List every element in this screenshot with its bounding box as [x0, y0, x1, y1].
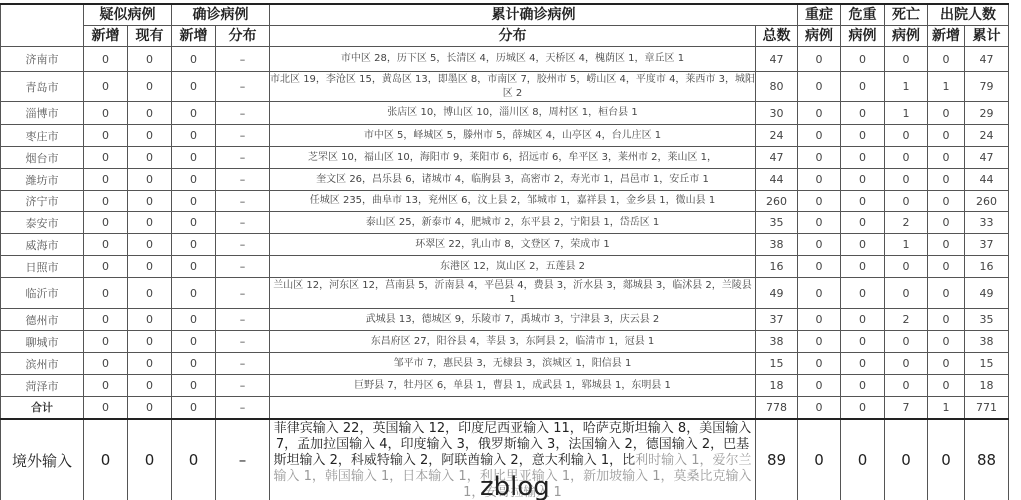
cell-critical: 0: [841, 419, 885, 500]
cell-conf-new: 0: [172, 331, 216, 353]
table-row: 济宁市000–任城区 235，曲阜市 13，兖州区 6，汶上县 2，邹城市 1，…: [1, 191, 1009, 212]
city-name: 淄博市: [1, 102, 84, 125]
cell-death: 0: [885, 125, 928, 147]
city-name: 泰安市: [1, 212, 84, 234]
city-name: 烟台市: [1, 147, 84, 169]
cell-critical: 0: [841, 191, 885, 212]
cell-susp-new: 0: [84, 397, 128, 419]
distribution-cell: 任城区 235，曲阜市 13，兖州区 6，汶上县 2，邹城市 1，嘉祥县 1，金…: [270, 191, 756, 212]
cell-dis-new: 0: [928, 147, 965, 169]
header-discharged: 出院人数: [928, 4, 1009, 26]
city-name: 菏泽市: [1, 375, 84, 397]
cell-conf-new: 0: [172, 147, 216, 169]
cell-susp-cur: 0: [128, 72, 172, 102]
city-name: 日照市: [1, 256, 84, 278]
cell-critical: 0: [841, 353, 885, 375]
cell-dis-cum: 771: [965, 397, 1009, 419]
header-cum-total: 总数: [756, 26, 798, 47]
cell-dis-cum: 15: [965, 353, 1009, 375]
table-row: 泰安市000–泰山区 25，新泰市 4，肥城市 2，东平县 2，宁阳县 1，岱岳…: [1, 212, 1009, 234]
table-row: 合计000–7780071771: [1, 397, 1009, 419]
cell-dis-cum: 29: [965, 102, 1009, 125]
cell-conf-new: 0: [172, 125, 216, 147]
cell-death: 0: [885, 191, 928, 212]
cell-dis-cum: 24: [965, 125, 1009, 147]
cell-death: 0: [885, 47, 928, 72]
table-row: 济南市000–市中区 28，历下区 5，长清区 4，历城区 4，天桥区 4，槐荫…: [1, 47, 1009, 72]
cell-death: 0: [885, 353, 928, 375]
cell-conf-dist: –: [216, 353, 270, 375]
header-death-1: 死亡: [885, 4, 928, 26]
cell-conf-new: 0: [172, 309, 216, 331]
cell-severe: 0: [798, 191, 841, 212]
table-row: 烟台市000–芝罘区 10，福山区 10，海阳市 9，莱阳市 6，招远市 6，牟…: [1, 147, 1009, 169]
cell-susp-cur: 0: [128, 212, 172, 234]
cell-susp-cur: 0: [128, 234, 172, 256]
cell-dis-cum: 47: [965, 47, 1009, 72]
cell-severe: 0: [798, 419, 841, 500]
header-cum-dist: 分布: [270, 26, 756, 47]
cell-severe: 0: [798, 234, 841, 256]
header-conf-dist: 分布: [216, 26, 270, 47]
cell-conf-new: 0: [172, 102, 216, 125]
header-dis-cum: 累计: [965, 26, 1009, 47]
cell-dis-cum: 47: [965, 147, 1009, 169]
cell-severe: 0: [798, 278, 841, 309]
cell-critical: 0: [841, 309, 885, 331]
cell-critical: 0: [841, 47, 885, 72]
cell-susp-new: 0: [84, 102, 128, 125]
cell-dis-new: 0: [928, 191, 965, 212]
cell-dis-cum: 37: [965, 234, 1009, 256]
cell-death: 2: [885, 309, 928, 331]
cell-conf-dist: –: [216, 397, 270, 419]
cell-conf-new: 0: [172, 353, 216, 375]
cell-death: 0: [885, 331, 928, 353]
cell-susp-new: 0: [84, 212, 128, 234]
cell-conf-dist: –: [216, 419, 270, 500]
cell-conf-dist: –: [216, 212, 270, 234]
cell-total: 38: [756, 331, 798, 353]
header-confirmed: 确诊病例: [172, 4, 270, 26]
cell-susp-new: 0: [84, 234, 128, 256]
cell-death: 7: [885, 397, 928, 419]
city-name: 滨州市: [1, 353, 84, 375]
cell-critical: 0: [841, 125, 885, 147]
cell-severe: 0: [798, 102, 841, 125]
table-row: 临沂市000–兰山区 12，河东区 12，莒南县 5，沂南县 4，平邑县 4，费…: [1, 278, 1009, 309]
cell-conf-dist: –: [216, 72, 270, 102]
cell-total: 35: [756, 212, 798, 234]
cell-death: 0: [885, 419, 928, 500]
distribution-cell: 市中区 5，峄城区 5，滕州市 5，薛城区 4，山亭区 4，台儿庄区 1: [270, 125, 756, 147]
cell-dis-cum: 18: [965, 375, 1009, 397]
cell-conf-dist: –: [216, 47, 270, 72]
cell-susp-new: 0: [84, 419, 128, 500]
cell-severe: 0: [798, 125, 841, 147]
cell-susp-new: 0: [84, 353, 128, 375]
cell-total: 30: [756, 102, 798, 125]
cell-dis-new: 0: [928, 234, 965, 256]
distribution-cell: 东昌府区 27，阳谷县 4，莘县 3，东阿县 2，临清市 1，冠县 1: [270, 331, 756, 353]
cell-total: 80: [756, 72, 798, 102]
cell-severe: 0: [798, 47, 841, 72]
cell-susp-new: 0: [84, 147, 128, 169]
cell-susp-new: 0: [84, 169, 128, 191]
table-row: 威海市000–环翠区 22，乳山市 8，文登区 7，荣成市 138001037: [1, 234, 1009, 256]
cell-severe: 0: [798, 212, 841, 234]
cell-dis-new: 0: [928, 419, 965, 500]
cell-dis-cum: 35: [965, 309, 1009, 331]
header-cumulative: 累计确诊病例: [270, 4, 798, 26]
cell-dis-new: 0: [928, 375, 965, 397]
city-name: 潍坊市: [1, 169, 84, 191]
cell-conf-dist: –: [216, 147, 270, 169]
cell-conf-dist: –: [216, 234, 270, 256]
header-susp-new: 新增: [84, 26, 128, 47]
cell-dis-new: 0: [928, 47, 965, 72]
cell-critical: 0: [841, 397, 885, 419]
cell-total: 49: [756, 278, 798, 309]
table-row: 淄博市000–张店区 10，博山区 10，淄川区 8，周村区 1，桓台县 130…: [1, 102, 1009, 125]
cell-death: 0: [885, 147, 928, 169]
cell-conf-new: 0: [172, 72, 216, 102]
distribution-cell: 泰山区 25，新泰市 4，肥城市 2，东平县 2，宁阳县 1，岱岳区 1: [270, 212, 756, 234]
distribution-cell: 东港区 12，岚山区 2，五莲县 2: [270, 256, 756, 278]
cell-death: 1: [885, 72, 928, 102]
cell-susp-new: 0: [84, 375, 128, 397]
cell-conf-new: 0: [172, 256, 216, 278]
cell-susp-cur: 0: [128, 191, 172, 212]
cell-severe: 0: [798, 256, 841, 278]
cell-susp-cur: 0: [128, 125, 172, 147]
cell-dis-new: 0: [928, 309, 965, 331]
cell-dis-cum: 260: [965, 191, 1009, 212]
cell-conf-dist: –: [216, 256, 270, 278]
cell-conf-new: 0: [172, 397, 216, 419]
cell-critical: 0: [841, 234, 885, 256]
cell-susp-cur: 0: [128, 397, 172, 419]
distribution-cell: 巨野县 7，牡丹区 6，单县 1，曹县 1，成武县 1，郓城县 1，东明县 1: [270, 375, 756, 397]
distribution-cell: 张店区 10，博山区 10，淄川区 8，周村区 1，桓台县 1: [270, 102, 756, 125]
distribution-cell: 芝罘区 10，福山区 10，海阳市 9，莱阳市 6，招远市 6，牟平区 3，莱州…: [270, 147, 756, 169]
cell-dis-cum: 88: [965, 419, 1009, 500]
cell-susp-new: 0: [84, 256, 128, 278]
cell-critical: 0: [841, 256, 885, 278]
cell-susp-cur: 0: [128, 353, 172, 375]
header-critical-2: 病例: [841, 26, 885, 47]
city-name: 德州市: [1, 309, 84, 331]
cell-death: 0: [885, 256, 928, 278]
header-row-2: 新增 现有 新增 分布 分布 总数 病例 病例 病例 新增 累计: [1, 26, 1009, 47]
header-suspected: 疑似病例: [84, 4, 172, 26]
cell-susp-new: 0: [84, 191, 128, 212]
cell-total: 47: [756, 147, 798, 169]
cell-susp-cur: 0: [128, 309, 172, 331]
cell-dis-cum: 44: [965, 169, 1009, 191]
cell-total: 47: [756, 47, 798, 72]
cell-dis-new: 1: [928, 397, 965, 419]
cell-conf-new: 0: [172, 212, 216, 234]
cell-dis-new: 0: [928, 212, 965, 234]
cell-dis-cum: 79: [965, 72, 1009, 102]
header-city-blank: [1, 4, 84, 47]
cell-susp-new: 0: [84, 125, 128, 147]
cell-conf-new: 0: [172, 419, 216, 500]
cell-conf-dist: –: [216, 309, 270, 331]
cell-dis-new: 0: [928, 278, 965, 309]
cell-total: 778: [756, 397, 798, 419]
cell-susp-new: 0: [84, 331, 128, 353]
cell-susp-cur: 0: [128, 147, 172, 169]
cell-conf-dist: –: [216, 375, 270, 397]
cell-conf-dist: –: [216, 278, 270, 309]
cell-conf-new: 0: [172, 191, 216, 212]
cell-dis-new: 0: [928, 102, 965, 125]
cell-susp-cur: 0: [128, 256, 172, 278]
table-row: 日照市000–东港区 12，岚山区 2，五莲县 216000016: [1, 256, 1009, 278]
cell-critical: 0: [841, 169, 885, 191]
table-row: 菏泽市000–巨野县 7，牡丹区 6，单县 1，曹县 1，成武县 1，郓城县 1…: [1, 375, 1009, 397]
distribution-cell: 兰山区 12，河东区 12，莒南县 5，沂南县 4，平邑县 4，费县 3，沂水县…: [270, 278, 756, 309]
header-row-1: 疑似病例 确诊病例 累计确诊病例 重症 危重 死亡 出院人数: [1, 4, 1009, 26]
distribution-cell: 武城县 13，德城区 9，乐陵市 7，禹城市 3，宁津县 3，庆云县 2: [270, 309, 756, 331]
distribution-cell: 市北区 19，李沧区 15，黄岛区 13，即墨区 8，市南区 7，胶州市 5，崂…: [270, 72, 756, 102]
cell-susp-cur: 0: [128, 375, 172, 397]
city-name: 青岛市: [1, 72, 84, 102]
cell-total: 37: [756, 309, 798, 331]
cell-susp-new: 0: [84, 309, 128, 331]
cell-susp-new: 0: [84, 47, 128, 72]
cell-total: 18: [756, 375, 798, 397]
cell-conf-dist: –: [216, 191, 270, 212]
cell-death: 1: [885, 102, 928, 125]
city-name: 枣庄市: [1, 125, 84, 147]
cell-dis-new: 0: [928, 331, 965, 353]
cell-dis-new: 0: [928, 169, 965, 191]
cell-conf-dist: –: [216, 169, 270, 191]
cell-dis-cum: 49: [965, 278, 1009, 309]
cell-susp-cur: 0: [128, 331, 172, 353]
header-dis-new: 新增: [928, 26, 965, 47]
cell-dis-cum: 38: [965, 331, 1009, 353]
cell-susp-new: 0: [84, 72, 128, 102]
cell-severe: 0: [798, 309, 841, 331]
cell-severe: 0: [798, 169, 841, 191]
cell-death: 1: [885, 234, 928, 256]
cell-critical: 0: [841, 212, 885, 234]
cell-dis-new: 1: [928, 72, 965, 102]
cell-death: 2: [885, 212, 928, 234]
covid-statistics-table: 疑似病例 确诊病例 累计确诊病例 重症 危重 死亡 出院人数 新增 现有 新增 …: [0, 3, 1009, 500]
distribution-cell: 邹平市 7，惠民县 3，无棣县 3，滨城区 1，阳信县 1: [270, 353, 756, 375]
city-name: 济南市: [1, 47, 84, 72]
cell-susp-cur: 0: [128, 278, 172, 309]
distribution-cell: 环翠区 22，乳山市 8，文登区 7，荣成市 1: [270, 234, 756, 256]
cell-dis-cum: 16: [965, 256, 1009, 278]
cell-total: 24: [756, 125, 798, 147]
cell-susp-new: 0: [84, 278, 128, 309]
cell-severe: 0: [798, 147, 841, 169]
table-row: 德州市000–武城县 13，德城区 9，乐陵市 7，禹城市 3，宁津县 3，庆云…: [1, 309, 1009, 331]
cell-conf-new: 0: [172, 169, 216, 191]
cell-death: 0: [885, 169, 928, 191]
cell-susp-cur: 0: [128, 419, 172, 500]
table-row: 滨州市000–邹平市 7，惠民县 3，无棣县 3，滨城区 1，阳信县 11500…: [1, 353, 1009, 375]
table-row: 青岛市000–市北区 19，李沧区 15，黄岛区 13，即墨区 8，市南区 7，…: [1, 72, 1009, 102]
cell-critical: 0: [841, 375, 885, 397]
cell-conf-new: 0: [172, 375, 216, 397]
table-body: 济南市000–市中区 28，历下区 5，长清区 4，历城区 4，天桥区 4，槐荫…: [1, 47, 1009, 500]
city-name: 境外输入: [1, 419, 84, 500]
cell-severe: 0: [798, 353, 841, 375]
cell-susp-cur: 0: [128, 102, 172, 125]
cell-conf-dist: –: [216, 331, 270, 353]
header-death-2: 病例: [885, 26, 928, 47]
watermark: zblog: [480, 472, 550, 500]
cell-dis-new: 0: [928, 353, 965, 375]
cell-severe: 0: [798, 331, 841, 353]
cell-critical: 0: [841, 331, 885, 353]
cell-critical: 0: [841, 72, 885, 102]
cell-conf-new: 0: [172, 278, 216, 309]
header-severe-1: 重症: [798, 4, 841, 26]
cell-critical: 0: [841, 278, 885, 309]
header-conf-new: 新增: [172, 26, 216, 47]
cell-dis-new: 0: [928, 256, 965, 278]
cell-conf-dist: –: [216, 125, 270, 147]
table-row: 聊城市000–东昌府区 27，阳谷县 4，莘县 3，东阿县 2，临清市 1，冠县…: [1, 331, 1009, 353]
city-name: 济宁市: [1, 191, 84, 212]
cell-death: 0: [885, 375, 928, 397]
header-susp-current: 现有: [128, 26, 172, 47]
cell-critical: 0: [841, 147, 885, 169]
cell-conf-dist: –: [216, 102, 270, 125]
cell-total: 38: [756, 234, 798, 256]
cell-total: 16: [756, 256, 798, 278]
header-severe-2: 病例: [798, 26, 841, 47]
city-name: 临沂市: [1, 278, 84, 309]
cell-susp-cur: 0: [128, 47, 172, 72]
table-row: 枣庄市000–市中区 5，峄城区 5，滕州市 5，薛城区 4，山亭区 4，台儿庄…: [1, 125, 1009, 147]
cell-total: 89: [756, 419, 798, 500]
city-name: 合计: [1, 397, 84, 419]
cell-conf-new: 0: [172, 234, 216, 256]
distribution-cell: 奎文区 26，昌乐县 6，诸城市 4，临朐县 3，高密市 2，寿光市 1，昌邑市…: [270, 169, 756, 191]
cell-total: 44: [756, 169, 798, 191]
table-row: 潍坊市000–奎文区 26，昌乐县 6，诸城市 4，临朐县 3，高密市 2，寿光…: [1, 169, 1009, 191]
cell-severe: 0: [798, 72, 841, 102]
cell-severe: 0: [798, 375, 841, 397]
cell-critical: 0: [841, 102, 885, 125]
distribution-cell: 市中区 28，历下区 5，长清区 4，历城区 4，天桥区 4，槐荫区 1，章丘区…: [270, 47, 756, 72]
cell-conf-new: 0: [172, 47, 216, 72]
cell-susp-cur: 0: [128, 169, 172, 191]
cell-dis-new: 0: [928, 125, 965, 147]
header-critical-1: 危重: [841, 4, 885, 26]
cell-dis-cum: 33: [965, 212, 1009, 234]
cell-death: 0: [885, 278, 928, 309]
cell-severe: 0: [798, 397, 841, 419]
cell-total: 15: [756, 353, 798, 375]
city-name: 威海市: [1, 234, 84, 256]
city-name: 聊城市: [1, 331, 84, 353]
cell-total: 260: [756, 191, 798, 212]
distribution-cell: [270, 397, 756, 419]
